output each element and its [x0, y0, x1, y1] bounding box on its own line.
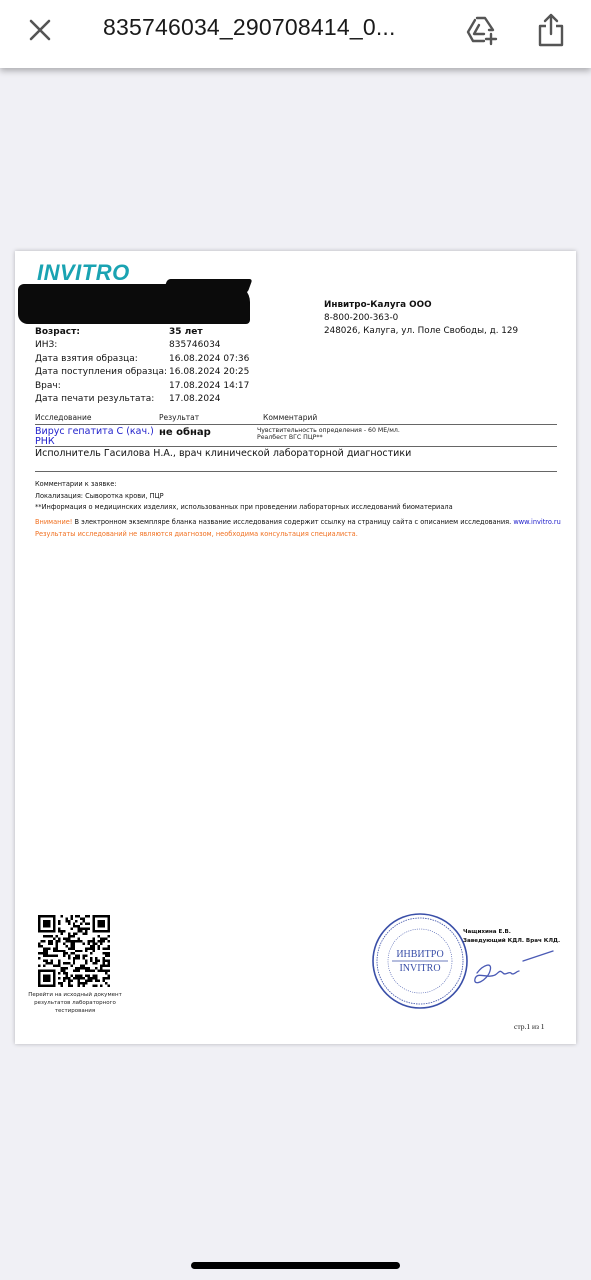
warning-text: В электронном экземпляре бланка название…: [72, 518, 513, 526]
study-comment: Чувствительность определения - 60 МЕ/мл.…: [257, 427, 400, 441]
divider: [35, 424, 557, 425]
order-notes: Комментарии к заявке: Локализация: Сывор…: [35, 479, 453, 514]
localization: Локализация: Сыворотка крови, ПЦР: [35, 491, 453, 503]
stamp-text-bottom: INVITRO: [399, 963, 440, 974]
divider: [35, 471, 557, 472]
print-date-label: Дата печати результата:: [35, 393, 169, 406]
signature: [465, 943, 555, 993]
sample-taken-value: 16.08.2024 07:36: [169, 353, 249, 366]
attention-label: Внимание!: [35, 518, 72, 526]
company-address: 248026, Калуга, ул. Поле Свободы, д. 129: [324, 325, 518, 338]
comment-line: Реалбест ВГС ПЦР**: [257, 434, 400, 441]
redacted-patient-name-extra: [162, 279, 252, 293]
sample-taken-label: Дата взятия образца:: [35, 353, 169, 366]
study-result: не обнар: [159, 427, 211, 438]
executor: Исполнитель Гасилова Н.А., врач клиничес…: [35, 448, 411, 459]
company-phone: 8-800-200-363-0: [324, 312, 518, 325]
age-label: Возраст:: [35, 326, 169, 339]
home-indicator[interactable]: [191, 1262, 400, 1269]
inz-value: 835746034: [169, 339, 221, 352]
close-icon[interactable]: [26, 16, 54, 44]
stamp-text-top: ИНВИТРО: [396, 949, 443, 960]
doctor-label: Врач:: [35, 380, 169, 393]
inz-label: ИНЗ:: [35, 339, 169, 352]
company-name: Инвитро-Калуга ООО: [324, 299, 518, 312]
print-date-value: 17.08.2024: [169, 393, 221, 406]
viewer-toolbar: 835746034_290708414_0...: [0, 0, 591, 68]
column-header-comment: Комментарий: [263, 413, 317, 422]
column-header-study: Исследование: [35, 413, 91, 422]
lab-stamp: ИНВИТРО INVITRO: [370, 911, 470, 1011]
document-page: INVITRO Возраст: 35 лет ИНЗ: 835746034 Д…: [15, 251, 576, 1044]
invitro-link[interactable]: www.invitro.ru: [513, 518, 560, 526]
disclaimer: Результаты исследований не являются диаг…: [35, 529, 565, 541]
comments-label: Комментарии к заявке:: [35, 479, 453, 491]
sample-received-value: 16.08.2024 20:25: [169, 366, 249, 379]
age-value: 35 лет: [169, 326, 203, 339]
warning-block: Внимание! В электронном экземпляре бланк…: [35, 517, 565, 540]
lab-company-info: Инвитро-Калуга ООО 8-800-200-363-0 24802…: [324, 299, 518, 339]
qr-caption: Перейти на исходный документ результатов…: [20, 991, 130, 1015]
invitro-logo: INVITRO: [37, 260, 130, 286]
add-to-drive-icon[interactable]: [464, 14, 500, 46]
study-link[interactable]: Вирус гепатита С (кач.) РНК: [35, 427, 160, 447]
doctor-value: 17.08.2024 14:17: [169, 380, 249, 393]
page-number: стр.1 из 1: [514, 1022, 545, 1031]
comment-line: Чувствительность определения - 60 МЕ/мл.: [257, 427, 400, 434]
share-icon[interactable]: [536, 12, 566, 48]
qr-code[interactable]: [38, 915, 110, 987]
sample-received-label: Дата поступления образца:: [35, 366, 169, 379]
column-header-result: Результат: [159, 413, 199, 422]
patient-info: Возраст: 35 лет ИНЗ: 835746034 Дата взят…: [35, 326, 249, 406]
divider: [35, 446, 557, 447]
signer-name: Чащихина Е.В.: [463, 928, 560, 937]
footnote: **Информация о медицинских изделиях, исп…: [35, 502, 453, 514]
document-title: 835746034_290708414_0...: [103, 14, 396, 41]
